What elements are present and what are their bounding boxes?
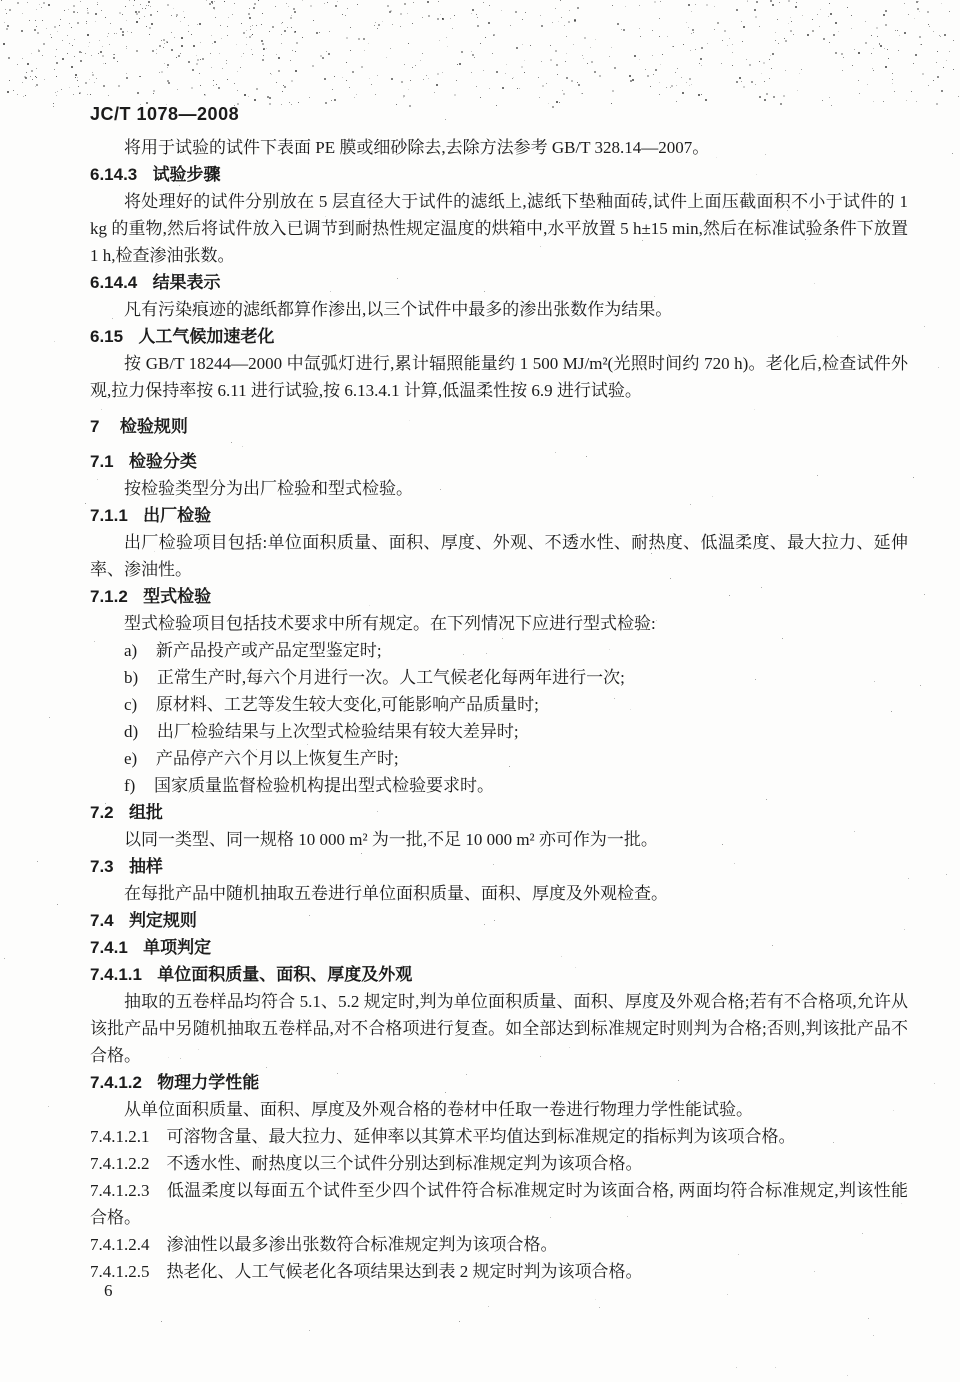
clause-number: 7.1 [90, 452, 114, 471]
paragraph: 将处理好的试件分别放在 5 层直径大于试件的滤纸上,滤纸下垫釉面砖,试件上面压截… [90, 188, 908, 269]
paragraph: 以同一类型、同一规格 10 000 m² 为一批,不足 10 000 m² 亦可… [90, 826, 908, 853]
numbered-paragraph: 7.4.1.2.3低温柔度以每面五个试件至少四个试件符合标准规定时为该面合格, … [90, 1177, 908, 1231]
clause-title: 结果表示 [153, 273, 221, 292]
paragraph: 按 GB/T 18244—2000 中氙弧灯进行,累计辐照能量约 1 500 M… [90, 350, 908, 404]
clause-number: 6.15 [90, 327, 123, 346]
page-number: 6 [104, 1281, 113, 1301]
clause-heading: 7.1.1出厂检验 [90, 502, 908, 529]
clause-title: 出厂检验 [143, 506, 211, 525]
numbered-paragraph: 7.4.1.2.5热老化、人工气候老化各项结果达到表 2 规定时判为该项合格。 [90, 1258, 908, 1285]
paragraph: 型式检验项目包括技术要求中所有规定。在下列情况下应进行型式检验: [90, 610, 908, 637]
list-item: b)正常生产时,每六个月进行一次。人工气候老化每两年进行一次; [90, 664, 908, 691]
chapter-heading: 7检验规则 [90, 413, 908, 440]
numbered-paragraph: 7.4.1.2.1可溶物含量、最大拉力、延伸率以其算术平均值达到标准规定的指标判… [90, 1123, 908, 1150]
list-item-letter: c) [124, 695, 137, 714]
paragraph-text: 可溶物含量、最大拉力、延伸率以其算术平均值达到标准规定的指标判为该项合格。 [167, 1127, 796, 1146]
clause-title: 抽样 [129, 857, 163, 876]
list-item: a)新产品投产或产品定型鉴定时; [90, 637, 908, 664]
paragraph: 将用于试验的试件下表面 PE 膜或细砂除去,去除方法参考 GB/T 328.14… [90, 134, 908, 161]
clause-number: 7.4.1.2.1 [90, 1127, 150, 1146]
paragraph-text: 热老化、人工气候老化各项结果达到表 2 规定时判为该项合格。 [167, 1262, 643, 1281]
clause-title: 单位面积质量、面积、厚度及外观 [157, 965, 412, 984]
paragraph: 出厂检验项目包括:单位面积质量、面积、厚度、外观、不透水性、耐热度、低温柔度、最… [90, 529, 908, 583]
clause-number: 7.4.1.2 [90, 1073, 142, 1092]
clause-number: 7 [90, 417, 99, 436]
clause-number: 7.4.1.2.5 [90, 1262, 150, 1281]
list-item-letter: d) [124, 722, 138, 741]
paragraph-text: 新产品投产或产品定型鉴定时; [156, 641, 382, 660]
paragraph-text: 低温柔度以每面五个试件至少四个试件符合标准规定时为该面合格, 两面均符合标准规定… [90, 1181, 908, 1227]
clause-heading: 6.14.4结果表示 [90, 269, 908, 296]
paragraph-text: 国家质量监督检验机构提出型式检验要求时。 [154, 776, 494, 795]
clause-heading: 7.1.2型式检验 [90, 583, 908, 610]
paragraph: 从单位面积质量、面积、厚度及外观合格的卷材中任取一卷进行物理力学性能试验。 [90, 1096, 908, 1123]
clause-heading: 7.4判定规则 [90, 907, 908, 934]
clause-title: 人工气候加速老化 [138, 327, 274, 346]
clause-heading: 6.15人工气候加速老化 [90, 323, 908, 350]
list-item: c)原材料、工艺等发生较大变化,可能影响产品质量时; [90, 691, 908, 718]
clause-title: 检验规则 [120, 417, 188, 436]
clause-title: 物理力学性能 [157, 1073, 259, 1092]
paragraph-text: 原材料、工艺等发生较大变化,可能影响产品质量时; [156, 695, 539, 714]
clause-number: 7.4.1.2.4 [90, 1235, 150, 1254]
list-item: f)国家质量监督检验机构提出型式检验要求时。 [90, 772, 908, 799]
clause-title: 组批 [129, 803, 163, 822]
document-page: JC/T 1078—2008 将用于试验的试件下表面 PE 膜或细砂除去,去除方… [0, 0, 960, 1382]
clause-number: 7.2 [90, 803, 114, 822]
paragraph-text: 渗油性以最多渗出张数符合标准规定判为该项合格。 [167, 1235, 558, 1254]
clause-heading: 7.4.1.2物理力学性能 [90, 1069, 908, 1096]
paragraph-text: 产品停产六个月以上恢复生产时; [156, 749, 399, 768]
standard-code-header: JC/T 1078—2008 [90, 104, 239, 125]
clause-heading: 7.4.1.1单位面积质量、面积、厚度及外观 [90, 961, 908, 988]
clause-number: 7.3 [90, 857, 114, 876]
list-item-letter: a) [124, 641, 137, 660]
list-item-letter: b) [124, 668, 138, 687]
list-item-letter: e) [124, 749, 137, 768]
clause-heading: 6.14.3试验步骤 [90, 161, 908, 188]
clause-title: 检验分类 [129, 452, 197, 471]
list-item-letter: f) [124, 776, 135, 795]
clause-heading: 7.4.1单项判定 [90, 934, 908, 961]
paragraph: 凡有污染痕迹的滤纸都算作渗出,以三个试件中最多的渗出张数作为结果。 [90, 296, 908, 323]
clause-heading: 7.2组批 [90, 799, 908, 826]
list-item: d)出厂检验结果与上次型式检验结果有较大差异时; [90, 718, 908, 745]
paragraph-text: 出厂检验结果与上次型式检验结果有较大差异时; [157, 722, 519, 741]
numbered-paragraph: 7.4.1.2.4渗油性以最多渗出张数符合标准规定判为该项合格。 [90, 1231, 908, 1258]
clause-number: 7.4 [90, 911, 114, 930]
list-item: e)产品停产六个月以上恢复生产时; [90, 745, 908, 772]
paragraph: 按检验类型分为出厂检验和型式检验。 [90, 475, 908, 502]
numbered-paragraph: 7.4.1.2.2不透水性、耐热度以三个试件分别达到标准规定判为该项合格。 [90, 1150, 908, 1177]
clause-title: 试验步骤 [153, 165, 221, 184]
clause-number: 6.14.4 [90, 273, 137, 292]
clause-number: 7.4.1.2.3 [90, 1181, 150, 1200]
document-body: 将用于试验的试件下表面 PE 膜或细砂除去,去除方法参考 GB/T 328.14… [90, 134, 908, 1285]
paragraph: 抽取的五卷样品均符合 5.1、5.2 规定时,判为单位面积质量、面积、厚度及外观… [90, 988, 908, 1069]
clause-number: 6.14.3 [90, 165, 137, 184]
clause-number: 7.4.1.1 [90, 965, 142, 984]
clause-number: 7.1.2 [90, 587, 128, 606]
clause-number: 7.1.1 [90, 506, 128, 525]
clause-heading: 7.1检验分类 [90, 448, 908, 475]
paragraph-text: 正常生产时,每六个月进行一次。人工气候老化每两年进行一次; [157, 668, 625, 687]
clause-title: 判定规则 [129, 911, 197, 930]
clause-title: 型式检验 [143, 587, 211, 606]
paragraph: 在每批产品中随机抽取五卷进行单位面积质量、面积、厚度及外观检查。 [90, 880, 908, 907]
clause-number: 7.4.1.2.2 [90, 1154, 150, 1173]
clause-title: 单项判定 [143, 938, 211, 957]
paragraph-text: 不透水性、耐热度以三个试件分别达到标准规定判为该项合格。 [167, 1154, 643, 1173]
clause-heading: 7.3抽样 [90, 853, 908, 880]
clause-number: 7.4.1 [90, 938, 128, 957]
